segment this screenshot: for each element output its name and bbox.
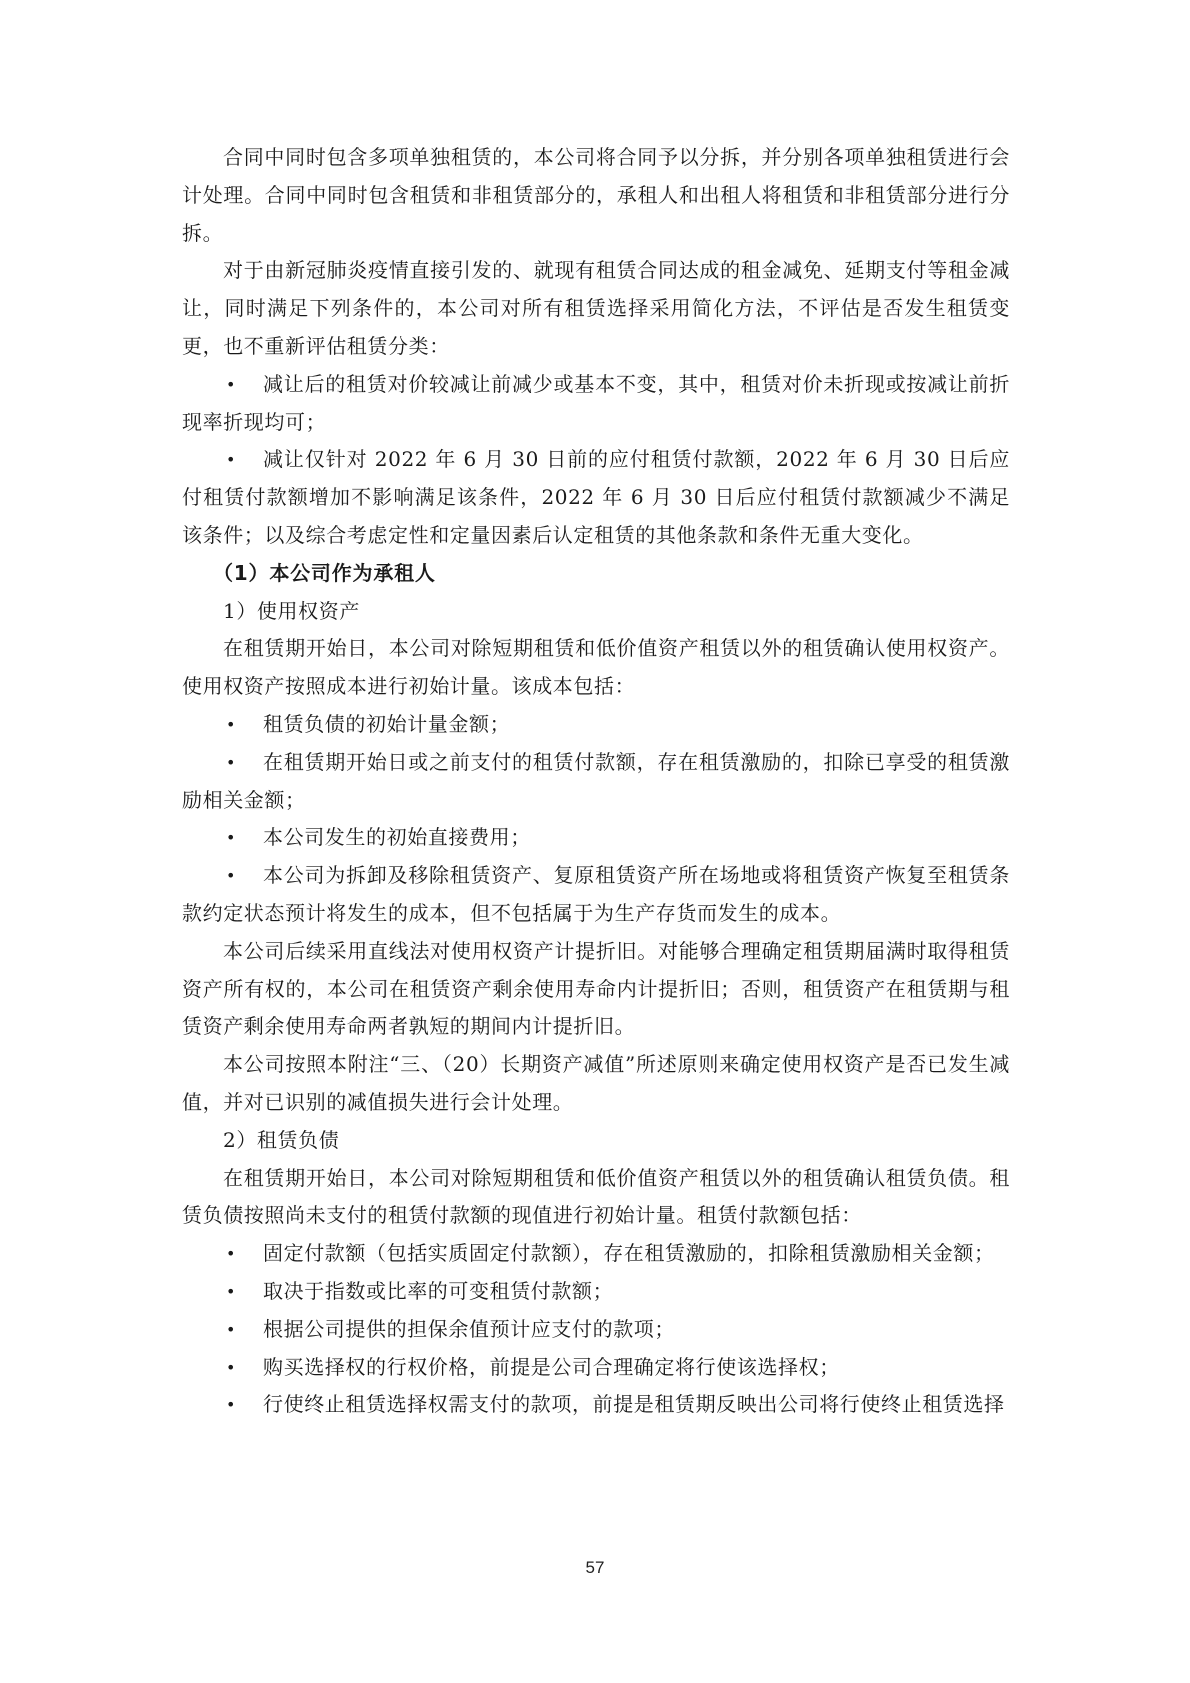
document-page-body: 合同中同时包含多项单独租赁的，本公司将合同予以分拆，并分别各项单独租赁进行会计处… xyxy=(182,139,1010,1424)
bullet-text: 本公司发生的初始直接费用； xyxy=(263,825,531,849)
page-number: 57 xyxy=(0,1558,1190,1578)
paragraph-rou-initial-measurement: 在租赁期开始日，本公司对除短期租赁和低价值资产租赁以外的租赁确认使用权资产。使用… xyxy=(182,630,1010,706)
bullet-text: 减让仅针对 2022 年 6 月 30 日前的应付租赁付款额，2022 年 6 … xyxy=(182,447,1010,547)
bullet-text: 租赁负债的初始计量金额； xyxy=(263,712,510,736)
bullet-icon: • xyxy=(226,706,236,744)
bullet-text: 行使终止租赁选择权需支付的款项，前提是租赁期反映出公司将行使终止租赁选择 xyxy=(263,1392,1005,1416)
paragraph-impairment: 本公司按照本附注“三、（20）长期资产减值”所述原则来确定使用权资产是否已发生减… xyxy=(182,1046,1010,1122)
bullet-icon: • xyxy=(226,1235,236,1273)
bullet-item-prepaid-lease-payments: •在租赁期开始日或之前支付的租赁付款额，存在租赁激励的，扣除已享受的租赁激励相关… xyxy=(182,744,1010,820)
bullet-icon: • xyxy=(226,819,236,857)
bullet-icon: • xyxy=(226,857,236,895)
bullet-text: 本公司为拆卸及移除租赁资产、复原租赁资产所在场地或将租赁资产恢复至租赁条款约定状… xyxy=(182,863,1010,925)
bullet-text: 减让后的租赁对价较减让前减少或基本不变，其中，租赁对价未折现或按减让前折现率折现… xyxy=(182,372,1010,434)
bullet-icon: • xyxy=(226,366,236,404)
bullet-text: 取决于指数或比率的可变租赁付款额； xyxy=(263,1279,613,1303)
paragraph-lease-liability-measurement: 在租赁期开始日，本公司对除短期租赁和低价值资产租赁以外的租赁确认租赁负债。租赁负… xyxy=(182,1160,1010,1236)
bullet-item-consideration: •减让后的租赁对价较减让前减少或基本不变，其中，租赁对价未折现或按减让前折现率折… xyxy=(182,366,1010,442)
bullet-icon: • xyxy=(226,1273,236,1311)
bullet-item-purchase-option: •购买选择权的行权价格，前提是公司合理确定将行使该选择权； xyxy=(182,1349,1010,1387)
bullet-item-lease-liability-amount: •租赁负债的初始计量金额； xyxy=(182,706,1010,744)
bullet-text: 在租赁期开始日或之前支付的租赁付款额，存在租赁激励的，扣除已享受的租赁激励相关金… xyxy=(182,750,1010,812)
bullet-item-fixed-payments: •固定付款额（包括实质固定付款额），存在租赁激励的，扣除租赁激励相关金额； xyxy=(182,1235,1010,1273)
paragraph-covid-rent-concession: 对于由新冠肺炎疫情直接引发的、就现有租赁合同达成的租金减免、延期支付等租金减让，… xyxy=(182,252,1010,365)
section-heading-lessee: （1）本公司作为承租人 xyxy=(182,555,1010,593)
paragraph-contract-split: 合同中同时包含多项单独租赁的，本公司将合同予以分拆，并分别各项单独租赁进行会计处… xyxy=(182,139,1010,252)
bullet-text: 购买选择权的行权价格，前提是公司合理确定将行使该选择权； xyxy=(263,1355,840,1379)
bullet-text: 根据公司提供的担保余值预计应支付的款项； xyxy=(263,1317,675,1341)
subheading-right-of-use-asset: 1）使用权资产 xyxy=(182,593,1010,631)
bullet-icon: • xyxy=(226,1349,236,1387)
bullet-icon: • xyxy=(226,744,236,782)
bullet-icon: • xyxy=(226,1311,236,1349)
bullet-item-termination-option: •行使终止租赁选择权需支付的款项，前提是租赁期反映出公司将行使终止租赁选择 xyxy=(182,1386,1010,1424)
bullet-item-restoration-costs: •本公司为拆卸及移除租赁资产、复原租赁资产所在场地或将租赁资产恢复至租赁条款约定… xyxy=(182,857,1010,933)
subheading-lease-liability: 2）租赁负债 xyxy=(182,1122,1010,1160)
bullet-item-residual-value-guarantee: •根据公司提供的担保余值预计应支付的款项； xyxy=(182,1311,1010,1349)
bullet-item-payment-period: •减让仅针对 2022 年 6 月 30 日前的应付租赁付款额，2022 年 6… xyxy=(182,441,1010,554)
bullet-item-variable-payments: •取决于指数或比率的可变租赁付款额； xyxy=(182,1273,1010,1311)
paragraph-depreciation: 本公司后续采用直线法对使用权资产计提折旧。对能够合理确定租赁期届满时取得租赁资产… xyxy=(182,933,1010,1046)
bullet-icon: • xyxy=(226,441,236,479)
bullet-text: 固定付款额（包括实质固定付款额），存在租赁激励的，扣除租赁激励相关金额； xyxy=(263,1241,995,1265)
bullet-icon: • xyxy=(226,1386,236,1424)
bullet-item-initial-direct-costs: •本公司发生的初始直接费用； xyxy=(182,819,1010,857)
